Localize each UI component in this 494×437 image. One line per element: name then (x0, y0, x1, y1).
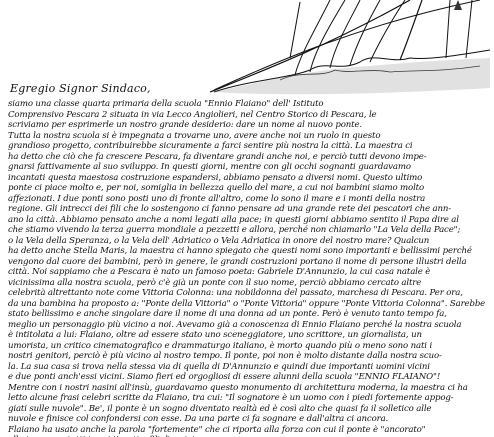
letter-line: incantati questa maestosa costruzione es… (8, 173, 422, 183)
letter-line: umorista, un critico cinematografico e d… (8, 341, 432, 351)
letter-line: e due ponti anch'essi vicini. Siamo fier… (8, 372, 440, 382)
letter-line: ha detto anche Stella Maris, la maestra … (8, 246, 472, 256)
letter-line: è intitolata a lui: Flaiano, oltre ad es… (8, 330, 422, 340)
letter-line: siamo una classe quarta primaria della s… (8, 99, 323, 109)
letter-line: ano la città. Abbiamo pensato anche a no… (8, 215, 459, 225)
letter-line: grandioso progetto, contribuirebbe sicur… (8, 141, 413, 151)
sail-illustration-icon (200, 0, 494, 100)
letter-line: giati sulle nuvole". Be', il ponte è un … (8, 404, 431, 414)
letter-line: o la Vela della Speranza, o la Vela dell… (8, 236, 429, 246)
letter-line: ponte ci piace molto e, per noi, somigli… (8, 183, 424, 193)
letter-line: che stiamo vivendo la terza guerra mondi… (8, 225, 460, 235)
letter-line: Tutta la nostra scuola si è impegnata a … (8, 131, 380, 141)
letter-line: città. Noi sappiamo che a Pescara è nato… (8, 267, 430, 277)
letter-line: la. La sua casa si trova nella stessa vi… (8, 362, 430, 372)
letter-line: celebrità altrettanto note come Vittoria… (8, 288, 463, 298)
sailboat-drawing (200, 0, 494, 100)
letter-line: letto alcune frasi celebri scritte da Fl… (8, 393, 453, 403)
letter-line: affezionati. I due ponti sono posti uno … (8, 194, 425, 204)
letter-line: meglio un personaggio più vicino a noi. … (8, 320, 461, 330)
letter-line: regione. Gli intrecci dei fili che lo so… (8, 204, 451, 214)
letter-greeting: Egregio Signor Sindaco, (10, 82, 151, 95)
letter-line: nostri genitori, perciò è più vicino al … (8, 351, 442, 361)
letter-line: Mentre con i nostri nasini all'insù, gua… (8, 383, 468, 393)
letter-line: scriviamo per esprimerle un nostro grand… (8, 120, 362, 130)
letter-line: stato bellissimo e anche singolare dare … (8, 309, 447, 319)
letter-line: nuvole e finisce col confondersi con ess… (8, 414, 388, 424)
letter-line: gnarsi fattivamente al suo sviluppo. In … (8, 162, 411, 172)
letter-line: Comprensivo Pescara 2 situata in via Lec… (8, 110, 376, 120)
letter-line: da una bambina ha proposto a: "Ponte del… (8, 299, 485, 309)
letter-line: vicinissima alla nostra scuola, però c'è… (8, 278, 421, 288)
letter-line: ha detto che ciò che fa crescere Pescara… (8, 152, 426, 162)
letter-line: vengono dal cuore dei bambini, però in g… (8, 257, 467, 267)
letter-line: Flaiano ha usato anche la parola "fortem… (8, 425, 425, 435)
